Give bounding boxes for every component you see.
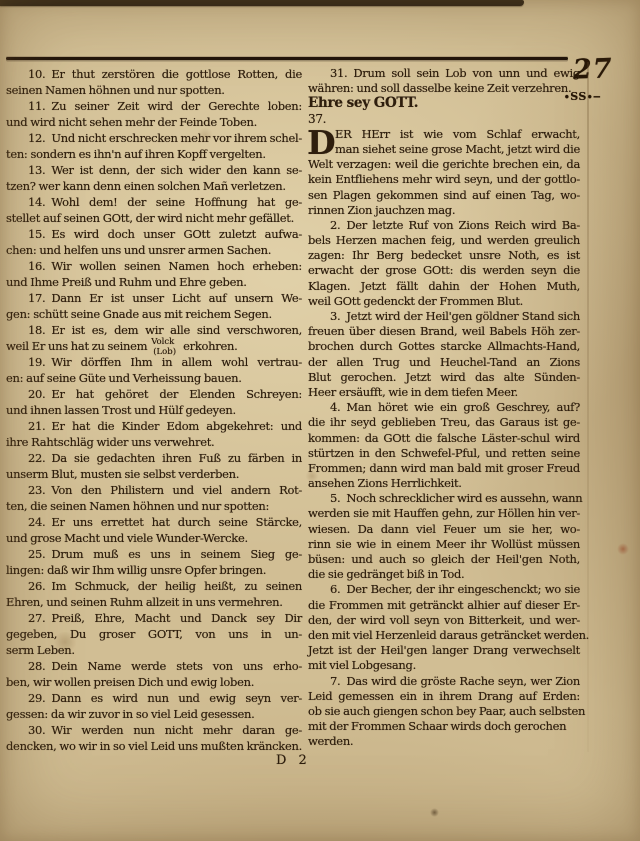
text-line: lingen: daß wir Ihm willig unsre Opfer b…: [6, 562, 302, 578]
stanza: 3.Jetzt wird der Heil'gen göldner Stand …: [308, 309, 580, 400]
text-line: und wird nicht sehen mehr der Feinde Tob…: [6, 114, 302, 130]
verse-number: 21.: [28, 419, 51, 433]
line-text: Blut gerochen. Jetzt wird das alte Sünde…: [308, 370, 580, 384]
text-line: wiesen. Da dann viel Feuer um sie her, w…: [308, 522, 580, 537]
line-text: en: auf seine Güte und Verheissung bauen…: [6, 371, 242, 385]
line-text: chen: und helfen uns und unsrer armen Sa…: [6, 243, 271, 257]
text-line: mit der Frommen Schaar wirds doch geroch…: [308, 719, 580, 734]
line-text: Von den Philistern und viel andern Rot-: [51, 483, 302, 497]
text-line: stellet auf seinen GOtt, der wird nicht …: [6, 210, 302, 226]
verse-number: 12.: [28, 131, 51, 145]
verse: 16.Wir wollen seinen Namen hoch erheben:…: [6, 258, 302, 290]
verse-number: 2.: [330, 218, 346, 232]
text-line: 20.Er hat gehöret der Elenden Schreyen:: [6, 386, 302, 402]
line-text: Dann Er ist unser Licht auf unsern We-: [51, 291, 302, 305]
catchword: werden.: [308, 734, 580, 749]
line-text: unserm Blut, musten sie selbst verderben…: [6, 467, 239, 481]
text-line: 31.Drum soll sein Lob von unn und ewig: [308, 66, 580, 81]
verse: 25.Drum muß es uns in seinem Sieg ge-lin…: [6, 546, 302, 578]
verse-number: 17.: [28, 291, 51, 305]
line-text: Er hat die Kinder Edom abgekehret: und: [51, 419, 302, 433]
verse: 15.Es wird doch unser GOtt zuletzt aufwa…: [6, 226, 302, 258]
verse-number: 4.: [330, 400, 346, 414]
verse-number: 22.: [28, 451, 51, 465]
line-text: die Frommen mit getränckt alhier auf die…: [308, 598, 580, 612]
verse: 28.Dein Name werde stets von uns erho-be…: [6, 658, 302, 690]
line-text: ihre Rahtschläg wider uns verwehret.: [6, 435, 214, 449]
text-line: ihre Rahtschläg wider uns verwehret.: [6, 434, 302, 450]
verse-number: 18.: [28, 323, 51, 337]
verse-number: 6.: [330, 582, 346, 596]
line-text: rinnen Zion jauchzen mag.: [308, 203, 455, 217]
signature-mark: D 2: [276, 753, 311, 768]
line-text: sen Plagen gekommen sind auf einen Tag, …: [308, 188, 580, 202]
verse: 17.Dann Er ist unser Licht auf unsern We…: [6, 290, 302, 322]
line-text: Der Becher, der ihr eingeschenckt; wo si…: [346, 582, 580, 596]
verse-number: 27.: [28, 611, 51, 625]
line-text: ER HErr ist wie vom Schlaf erwacht,: [335, 127, 580, 141]
text-line: ben, wir wollen preisen Dich und ewig lo…: [6, 674, 302, 690]
line-text: und ihnen lassen Trost und Hülf gedeyen.: [6, 403, 236, 417]
line-text: Frommen; dann wird man bald mit groser F…: [308, 461, 580, 475]
line-text: Dein Name werde stets von uns erho-: [51, 659, 302, 673]
verse: 27.Preiß, Ehre, Macht und Danck sey Dirg…: [6, 610, 302, 658]
text-line: 4.Man höret wie ein groß Geschrey, auf?: [308, 400, 580, 415]
text-line: weil GOtt gedenckt der Frommen Blut.: [308, 294, 580, 309]
book-page-scan: 27 ∙SS∙‒ 10.Er thut zerstören die gottlo…: [0, 0, 640, 841]
line-text: Ehren, und seinen Ruhm allzeit in uns ve…: [6, 595, 283, 609]
ink-stain: [617, 543, 629, 555]
line-text: kein Entfliehens mehr wird seyn, und der…: [308, 172, 580, 186]
line-text: Und nicht erschrecken mehr vor ihrem sch…: [51, 131, 302, 145]
line-text: dencken, wo wir in so viel Leid uns mußt…: [6, 739, 302, 753]
line-text: Jetzt wird der Heil'gen göldner Stand si…: [346, 309, 580, 323]
text-line: tzen? wer kann denn einen solchen Mañ ve…: [6, 178, 302, 194]
verse: 18.Er ist es, dem wir alle sind verschwo…: [6, 322, 302, 354]
line-text: währen: und soll dasselbe keine Zeit ver…: [308, 81, 571, 95]
line-text: Er ist es, dem wir alle sind verschworen…: [51, 323, 302, 337]
verse-number: 30.: [28, 723, 51, 737]
verse: 30.Wir werden nun nicht mehr daran ge-de…: [6, 722, 302, 754]
line-text: Er uns errettet hat durch seine Stärcke,: [51, 515, 302, 529]
text-line: 5.Noch schrecklicher wird es aussehn, wa…: [308, 491, 580, 506]
line-text: ob sie auch giengen schon bey Paar, auch…: [308, 704, 585, 718]
line-text: und Ihme Preiß und Ruhm und Ehre geben.: [6, 275, 247, 289]
line-text: den mit viel Herzenleid daraus geträncke…: [308, 628, 589, 642]
text-line: 29.Dann es wird nun und ewig seyn ver-: [6, 690, 302, 706]
line-text: stellet auf seinen GOtt, der wird nicht …: [6, 211, 294, 225]
text-line: den mit viel Herzenleid daraus geträncke…: [308, 628, 580, 643]
line-text: ansehen Zions Herrlichkeit.: [308, 476, 462, 490]
text-line: 13.Wer ist denn, der sich wider den kann…: [6, 162, 302, 178]
text-line: währen: und soll dasselbe keine Zeit ver…: [308, 81, 580, 96]
text-line: 12.Und nicht erschrecken mehr vor ihrem …: [6, 130, 302, 146]
text-line: ER HErr ist wie vom Schlaf erwacht,: [308, 127, 580, 142]
right-column: 31.Drum soll sein Lob von unn und ewigwä…: [308, 66, 580, 749]
line-text: stürtzen in den Schwefel-Pful, und rette…: [308, 446, 580, 460]
text-line: ob sie auch giengen schon bey Paar, auch…: [308, 704, 580, 719]
verse-number: 20.: [28, 387, 51, 401]
line-text: und wird nicht sehen mehr der Feinde Tob…: [6, 115, 257, 129]
verse-number: 28.: [28, 659, 51, 673]
line-text: Wir dörffen Ihm in allem wohl vertrau-: [51, 355, 302, 369]
line-text: Klagen. Jetzt fällt dahin der Hohen Muth…: [308, 279, 580, 293]
text-line: und grose Macht und viele Wunder-Wercke.: [6, 530, 302, 546]
text-line: 25.Drum muß es uns in seinem Sieg ge-: [6, 546, 302, 562]
line-text: lingen: daß wir Ihm willig unsre Opfer b…: [6, 563, 266, 577]
verse-number: 15.: [28, 227, 51, 241]
text-line: weil Er uns hat zu seinem Volck(Lob) erk…: [6, 338, 302, 354]
text-line: gegeben, Du groser GOTT, von uns in un-: [6, 626, 302, 642]
page-top-edge-shadow: [0, 0, 524, 6]
text-line: 6.Der Becher, der ihr eingeschenckt; wo …: [308, 582, 580, 597]
line-text: ten: sondern es ihn'n auf ihren Kopff ve…: [6, 147, 266, 161]
text-line: 16.Wir wollen seinen Namen hoch erheben:: [6, 258, 302, 274]
verse-number: 5.: [330, 491, 346, 505]
text-line: Welt verzagen: weil die gerichte brechen…: [308, 157, 580, 172]
line-text: tzen? wer kann denn einen solchen Mañ ve…: [6, 179, 286, 193]
line-text: rinn sie wie in einem Meer ihr Wollüst m…: [308, 537, 580, 551]
stanza: 2.Der letzte Ruf von Zions Reich wird Ba…: [308, 218, 580, 309]
line-text: die ihr seyd geblieben Treu, das Garaus …: [308, 415, 580, 429]
text-line: 26.Im Schmuck, der heilig heißt, zu sein…: [6, 578, 302, 594]
text-line: die Frommen mit getränckt alhier auf die…: [308, 598, 580, 613]
verse-number: 10.: [28, 67, 51, 81]
verse: 14.Wohl dem! der seine Hoffnung hat ge-s…: [6, 194, 302, 226]
text-line: Klagen. Jetzt fällt dahin der Hohen Muth…: [308, 279, 580, 294]
verse: 24.Er uns errettet hat durch seine Stärc…: [6, 514, 302, 546]
line-text: den, der wird voll seyn von Bitterkeit, …: [308, 613, 580, 627]
text-line: ten: sondern es ihn'n auf ihren Kopff ve…: [6, 146, 302, 162]
line-text: weil GOtt gedenckt der Frommen Blut.: [308, 294, 523, 308]
line-text: Leid gemessen ein in ihrem Drang auf Erd…: [308, 689, 580, 703]
text-line: Frommen; dann wird man bald mit groser F…: [308, 461, 580, 476]
line-text: kommen: da GOtt die falsche Läster-schul…: [308, 431, 580, 445]
line-text: seinen Namen höhnen und nur spotten.: [6, 83, 225, 97]
verse-number: 13.: [28, 163, 51, 177]
verse-number: 31.: [330, 66, 353, 80]
line-text: Im Schmuck, der heilig heißt, zu seinen: [51, 579, 302, 593]
text-line: 15.Es wird doch unser GOtt zuletzt aufwa…: [6, 226, 302, 242]
line-text: ten, die seinen Namen höhnen und nur spo…: [6, 499, 269, 513]
text-line: 3.Jetzt wird der Heil'gen göldner Stand …: [308, 309, 580, 324]
text-line: 28.Dein Name werde stets von uns erho-: [6, 658, 302, 674]
text-line: und ihnen lassen Trost und Hülf gedeyen.: [6, 402, 302, 418]
line-text: Da sie gedachten ihren Fuß zu färben in: [51, 451, 302, 465]
text-line: bels Herzen machen feig, und werden greu…: [308, 233, 580, 248]
verse-number: 26.: [28, 579, 51, 593]
text-line: kommen: da GOtt die falsche Läster-schul…: [308, 431, 580, 446]
text-line: 30.Wir werden nun nicht mehr daran ge-: [6, 722, 302, 738]
verse-number: 16.: [28, 259, 51, 273]
text-line: brochen durch Gottes starcke Allmachts-H…: [308, 339, 580, 354]
drop-cap-initial: D: [307, 129, 336, 157]
text-line: die sie gedränget biß in Tod.: [308, 567, 580, 582]
text-line: en: auf seine Güte und Verheissung bauen…: [6, 370, 302, 386]
verse-number: 14.: [28, 195, 51, 209]
line-text: Das wird die gröste Rache seyn, wer Zion: [346, 674, 580, 688]
line-text: Der letzte Ruf von Zions Reich wird Ba-: [346, 218, 580, 232]
line-text: ben, wir wollen preisen Dich und ewig lo…: [6, 675, 254, 689]
text-line: 14.Wohl dem! der seine Hoffnung hat ge-: [6, 194, 302, 210]
verse-number: 29.: [28, 691, 51, 705]
line-text: wiesen. Da dann viel Feuer um sie her, w…: [308, 522, 580, 536]
verse: 20.Er hat gehöret der Elenden Schreyen:u…: [6, 386, 302, 418]
line-text: Er thut zerstören die gottlose Rotten, d…: [51, 67, 302, 81]
line-text: Wer ist denn, der sich wider den kann se…: [51, 163, 302, 177]
text-line: 11.Zu seiner Zeit wird der Gerechte lobe…: [6, 98, 302, 114]
line-text: werden sie mit Hauffen gehn, zur Höllen …: [308, 506, 580, 520]
text-line: Blut gerochen. Jetzt wird das alte Sünde…: [308, 370, 580, 385]
text-line: der allen Trug und Heuchel-Tand an Zions: [308, 355, 580, 370]
line-text: freuen über diesen Brand, weil Babels Hö…: [308, 324, 580, 338]
verse: 31.Drum soll sein Lob von unn und ewigwä…: [308, 66, 580, 96]
verse: 12.Und nicht erschrecken mehr vor ihrem …: [6, 130, 302, 162]
text-line: 10.Er thut zerstören die gottlose Rotten…: [6, 66, 302, 82]
line-text: Noch schrecklicher wird es aussehn, wann: [346, 491, 582, 505]
header-rule: [6, 57, 568, 60]
line-text: Wohl dem! der seine Hoffnung hat ge-: [51, 195, 302, 209]
line-text: und grose Macht und viele Wunder-Wercke.: [6, 531, 248, 545]
line-text: die sie gedränget biß in Tod.: [308, 567, 464, 581]
line-text: Preiß, Ehre, Macht und Danck sey Dir: [51, 611, 302, 625]
text-line: chen: und helfen uns und unsrer armen Sa…: [6, 242, 302, 258]
text-line: freuen über diesen Brand, weil Babels Hö…: [308, 324, 580, 339]
line-text: Jetzt ist der Heil'gen langer Drang verw…: [308, 643, 580, 657]
line-text: Welt verzagen: weil die gerichte brechen…: [308, 157, 580, 171]
text-line: seinen Namen höhnen und nur spotten.: [6, 82, 302, 98]
text-line: stürtzen in den Schwefel-Pful, und rette…: [308, 446, 580, 461]
line-text: erwacht der grose GOtt: dis werden seyn …: [308, 263, 580, 277]
stanza: 4.Man höret wie ein groß Geschrey, auf?d…: [308, 400, 580, 491]
verse: 23.Von den Philistern und viel andern Ro…: [6, 482, 302, 514]
verse: 22.Da sie gedachten ihren Fuß zu färben …: [6, 450, 302, 482]
text-line: gessen: da wir zuvor in so viel Leid ges…: [6, 706, 302, 722]
text-line: 27.Preiß, Ehre, Macht und Danck sey Dir: [6, 610, 302, 626]
line-text: Es wird doch unser GOtt zuletzt aufwa-: [51, 227, 302, 241]
verse: 11.Zu seiner Zeit wird der Gerechte lobe…: [6, 98, 302, 130]
line-text: Drum muß es uns in seinem Sieg ge-: [51, 547, 302, 561]
text-line: büsen: und auch so gleich der Heil'gen N…: [308, 552, 580, 567]
text-line: Leid gemessen ein in ihrem Drang auf Erd…: [308, 689, 580, 704]
line-text: Wir wollen seinen Namen hoch erheben:: [51, 259, 302, 273]
line-text: büsen: und auch so gleich der Heil'gen N…: [308, 552, 580, 566]
verse: 29.Dann es wird nun und ewig seyn ver-ge…: [6, 690, 302, 722]
doxology-heading: Ehre sey GOTT.: [308, 96, 580, 111]
stanza: 7.Das wird die gröste Rache seyn, wer Zi…: [308, 674, 580, 735]
text-line: Ehren, und seinen Ruhm allzeit in uns ve…: [6, 594, 302, 610]
text-line: ansehen Zions Herrlichkeit.: [308, 476, 580, 491]
line-text: Heer ersäufft, wie in dem tiefen Meer.: [308, 385, 518, 399]
line-text: brochen durch Gottes starcke Allmachts-H…: [308, 339, 580, 353]
text-line: 2.Der letzte Ruf von Zions Reich wird Ba…: [308, 218, 580, 233]
text-line: zagen: Ihr Berg bedecket unsre Noth, es …: [308, 248, 580, 263]
text-line: die ihr seyd geblieben Treu, das Garaus …: [308, 415, 580, 430]
verse-number: 24.: [28, 515, 51, 529]
line-text: Man höret wie ein groß Geschrey, auf?: [346, 400, 580, 414]
text-line: dencken, wo wir in so viel Leid uns mußt…: [6, 738, 302, 754]
line-text: serm Leben.: [6, 643, 75, 657]
verse: 13.Wer ist denn, der sich wider den kann…: [6, 162, 302, 194]
text-line: 22.Da sie gedachten ihren Fuß zu färben …: [6, 450, 302, 466]
line-text: Zu seiner Zeit wird der Gerechte loben:: [51, 99, 302, 113]
text-line: mit viel Lobgesang.: [308, 658, 580, 673]
text-line: 24.Er uns errettet hat durch seine Stärc…: [6, 514, 302, 530]
verse-number: 19.: [28, 355, 51, 369]
line-text: mit der Frommen Schaar wirds doch geroch…: [308, 719, 566, 733]
line-text: man siehet seine grose Macht, jetzt wird…: [335, 142, 580, 156]
text-line: 23.Von den Philistern und viel andern Ro…: [6, 482, 302, 498]
text-line: rinnen Zion jauchzen mag.: [308, 203, 580, 218]
line-text: erkohren.: [180, 339, 237, 353]
verse-number: 7.: [330, 674, 346, 688]
line-text: weil Er uns hat zu seinem: [6, 339, 150, 353]
verse: 26.Im Schmuck, der heilig heißt, zu sein…: [6, 578, 302, 610]
verse-number: 23.: [28, 483, 51, 497]
verse: 10.Er thut zerstören die gottlose Rotten…: [6, 66, 302, 98]
text-line: sen Plagen gekommen sind auf einen Tag, …: [308, 188, 580, 203]
inserted-correction: Volck(Lob): [150, 340, 180, 350]
gutter-crease: [587, 62, 589, 752]
text-line: 21.Er hat die Kinder Edom abgekehret: un…: [6, 418, 302, 434]
line-text: bels Herzen machen feig, und werden greu…: [308, 233, 580, 247]
verse: 21.Er hat die Kinder Edom abgekehret: un…: [6, 418, 302, 450]
text-line: erwacht der grose GOtt: dis werden seyn …: [308, 263, 580, 278]
ink-stain: [430, 808, 439, 817]
line-text: gen: schütt seine Gnade aus mit reichem …: [6, 307, 272, 321]
hymn-number: 37.: [308, 112, 580, 127]
line-text: Wir werden nun nicht mehr daran ge-: [51, 723, 302, 737]
stanza: 6.Der Becher, der ihr eingeschenckt; wo …: [308, 582, 580, 673]
text-line: den, der wird voll seyn von Bitterkeit, …: [308, 613, 580, 628]
correction-note: (Lob): [153, 344, 176, 360]
text-line: rinn sie wie in einem Meer ihr Wollüst m…: [308, 537, 580, 552]
line-text: gessen: da wir zuvor in so viel Leid ges…: [6, 707, 255, 721]
line-text: gegeben, Du groser GOTT, von uns in un-: [6, 627, 302, 641]
line-text: Er hat gehöret der Elenden Schreyen:: [51, 387, 302, 401]
text-line: gen: schütt seine Gnade aus mit reichem …: [6, 306, 302, 322]
text-line: werden sie mit Hauffen gehn, zur Höllen …: [308, 506, 580, 521]
stanza: DER HErr ist wie vom Schlaf erwacht,man …: [308, 127, 580, 218]
text-line: Heer ersäufft, wie in dem tiefen Meer.: [308, 385, 580, 400]
text-line: 17.Dann Er ist unser Licht auf unsern We…: [6, 290, 302, 306]
line-text: Drum soll sein Lob von unn und ewig: [353, 66, 580, 80]
line-text: zagen: Ihr Berg bedecket unsre Noth, es …: [308, 248, 580, 262]
left-column: 10.Er thut zerstören die gottlose Rotten…: [6, 66, 302, 754]
line-text: mit viel Lobgesang.: [308, 658, 416, 672]
verse-number: 11.: [28, 99, 51, 113]
text-line: serm Leben.: [6, 642, 302, 658]
verse-number: 25.: [28, 547, 51, 561]
text-line: ten, die seinen Namen höhnen und nur spo…: [6, 498, 302, 514]
verse-number: 3.: [330, 309, 346, 323]
line-text: Dann es wird nun und ewig seyn ver-: [51, 691, 302, 705]
line-text: der allen Trug und Heuchel-Tand an Zions: [308, 355, 580, 369]
text-line: und Ihme Preiß und Ruhm und Ehre geben.: [6, 274, 302, 290]
stanza: 5.Noch schrecklicher wird es aussehn, wa…: [308, 491, 580, 582]
text-line: unserm Blut, musten sie selbst verderben…: [6, 466, 302, 482]
text-line: Jetzt ist der Heil'gen langer Drang verw…: [308, 643, 580, 658]
text-line: 7.Das wird die gröste Rache seyn, wer Zi…: [308, 674, 580, 689]
text-line: man siehet seine grose Macht, jetzt wird…: [308, 142, 580, 157]
text-line: kein Entfliehens mehr wird seyn, und der…: [308, 172, 580, 187]
